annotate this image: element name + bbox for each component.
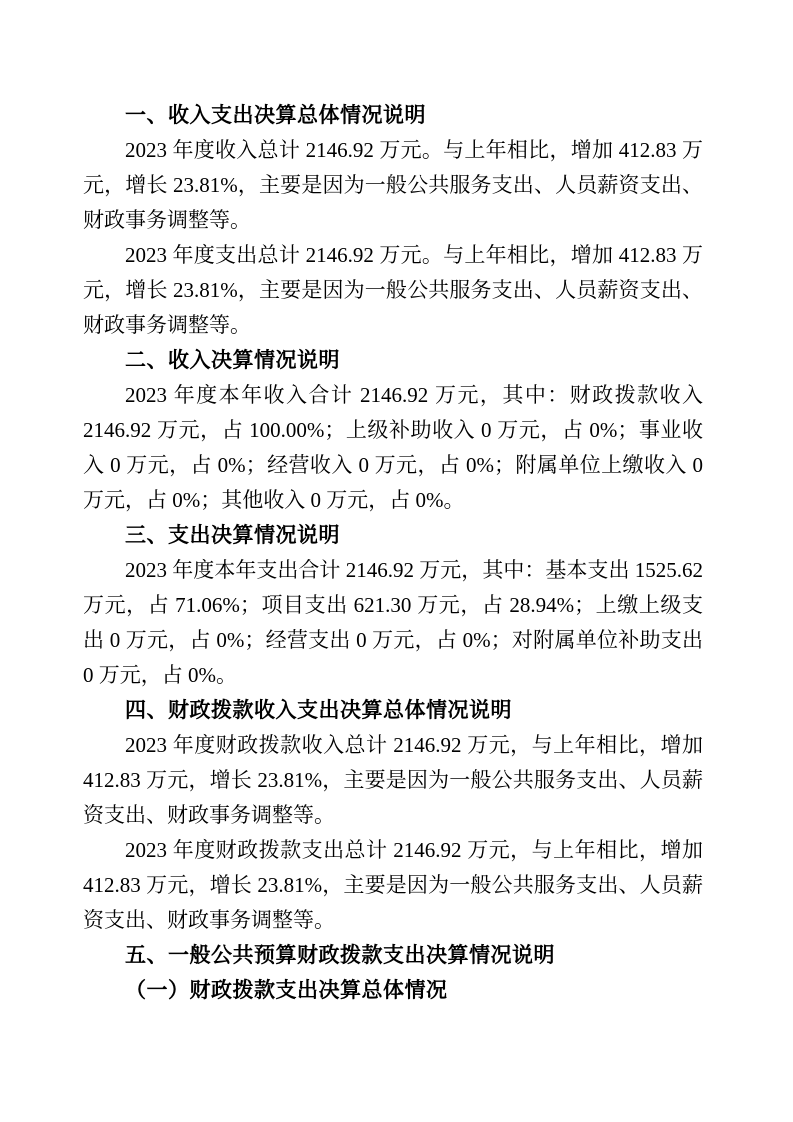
para-fiscal-appropriation-income: 2023 年度财政拨款收入总计 2146.92 万元，与上年相比，增加 412.… — [83, 728, 703, 833]
para-fiscal-appropriation-expenditure: 2023 年度财政拨款支出总计 2146.92 万元，与上年相比，增加 412.… — [83, 833, 703, 938]
document-content: 一、收入支出决算总体情况说明 2023 年度收入总计 2146.92 万元。与上… — [83, 98, 703, 1008]
heading-section-1: 一、收入支出决算总体情况说明 — [83, 98, 703, 133]
para-total-expenditure: 2023 年度支出总计 2146.92 万元。与上年相比，增加 412.83 万… — [83, 238, 703, 343]
para-income-breakdown: 2023 年度本年收入合计 2146.92 万元，其中：财政拨款收入 2146.… — [83, 378, 703, 518]
heading-section-5: 五、一般公共预算财政拨款支出决算情况说明 — [83, 938, 703, 973]
heading-section-2: 二、收入决算情况说明 — [83, 343, 703, 378]
heading-section-4: 四、财政拨款收入支出决算总体情况说明 — [83, 693, 703, 728]
heading-section-3: 三、支出决算情况说明 — [83, 518, 703, 553]
para-total-income: 2023 年度收入总计 2146.92 万元。与上年相比，增加 412.83 万… — [83, 133, 703, 238]
document-page: 一、收入支出决算总体情况说明 2023 年度收入总计 2146.92 万元。与上… — [0, 0, 793, 1122]
para-expenditure-breakdown: 2023 年度本年支出合计 2146.92 万元，其中：基本支出 1525.62… — [83, 553, 703, 693]
subheading-section-5-1: （一）财政拨款支出决算总体情况 — [83, 973, 703, 1008]
